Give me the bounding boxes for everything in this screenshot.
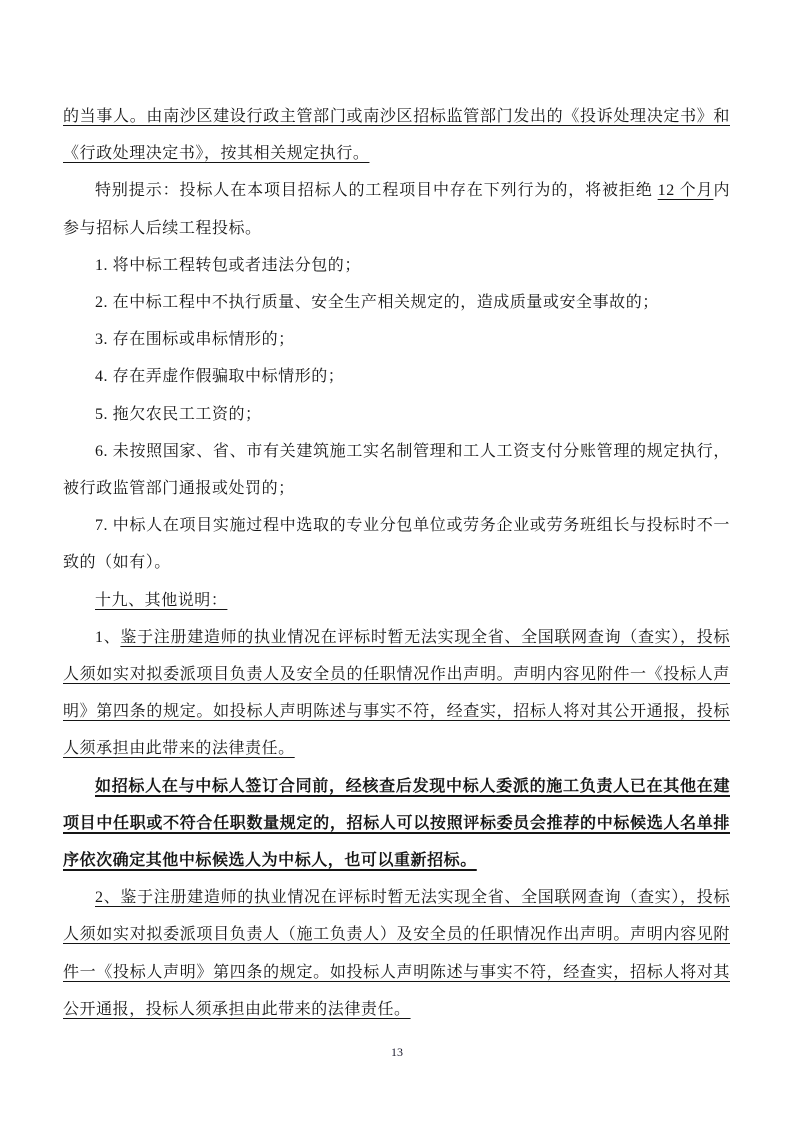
text-run: 2. 在中标工程中不执行质量、安全生产相关规定的，造成质量或安全事故的；	[95, 294, 659, 311]
paragraph-note-1: 1、鉴于注册建造师的执业情况在评标时暂无法实现全省、全国联网查询（查实），投标人…	[63, 619, 730, 768]
list-item-6: 6. 未按照国家、省、市有关建筑施工实名制管理和工人工资支付分账管理的规定执行，…	[63, 433, 730, 507]
text-run: 1. 将中标工程转包或者违法分包的；	[95, 257, 361, 274]
text-run: 特别提示：投标人在本项目招标人的工程项目中存在下列行为的，将被拒绝	[95, 182, 658, 199]
list-item-2: 2. 在中标工程中不执行质量、安全生产相关规定的，造成质量或安全事故的；	[63, 284, 730, 321]
page-number: 13	[0, 1045, 794, 1059]
list-item-1: 1. 将中标工程转包或者违法分包的；	[63, 247, 730, 284]
underlined-text-run: 12 个月	[658, 182, 714, 199]
underlined-text-run: 如招标人在与中标人签订合同前，经核查后发现中标人委派的施工负责人已在其他在建项目…	[63, 778, 730, 869]
paragraph-note-2: 2、鉴于注册建造师的执业情况在评标时暂无法实现全省、全国联网查询（查实），投标人…	[63, 879, 730, 1028]
text-run: 7. 中标人在项目实施过程中选取的专业分包单位或劳务企业或劳务班组长与投标时不一…	[63, 517, 730, 571]
text-run: 1、	[95, 629, 120, 646]
list-item-5: 5. 拖欠农民工工资的；	[63, 396, 730, 433]
text-run: 6. 未按照国家、省、市有关建筑施工实名制管理和工人工资支付分账管理的规定执行，…	[63, 443, 730, 497]
paragraph-intro-continuation: 的当事人。由南沙区建设行政主管部门或南沙区招标监管部门发出的《投诉处理决定书》和…	[63, 98, 730, 172]
underlined-text-run: 十九、其他说明：	[95, 592, 227, 609]
text-run: 4. 存在弄虚作假骗取中标情形的；	[95, 368, 344, 385]
underlined-text-run: 的当事人。由南沙区建设行政主管部门或南沙区招标监管部门发出的《投诉处理决定书》和…	[63, 108, 730, 162]
paragraph-special-notice: 特别提示：投标人在本项目招标人的工程项目中存在下列行为的，将被拒绝 12 个月内…	[63, 172, 730, 246]
text-run: 3. 存在围标或串标情形的；	[95, 331, 295, 348]
list-item-3: 3. 存在围标或串标情形的；	[63, 321, 730, 358]
underlined-text-run: 鉴于注册建造师的执业情况在评标时暂无法实现全省、全国联网查询（查实），投标人须如…	[63, 629, 730, 758]
underlined-text-run: 2、鉴于注册建造师的执业情况在评标时暂无法实现全省、全国联网查询（查实），投标人…	[63, 889, 730, 1018]
section-heading-19: 十九、其他说明：	[63, 582, 730, 619]
document-page: 的当事人。由南沙区建设行政主管部门或南沙区招标监管部门发出的《投诉处理决定书》和…	[0, 0, 794, 1123]
paragraph-retender-clause: 如招标人在与中标人签订合同前，经核查后发现中标人委派的施工负责人已在其他在建项目…	[63, 768, 730, 880]
list-item-7: 7. 中标人在项目实施过程中选取的专业分包单位或劳务企业或劳务班组长与投标时不一…	[63, 507, 730, 581]
list-item-4: 4. 存在弄虚作假骗取中标情形的；	[63, 358, 730, 395]
text-run: 5. 拖欠农民工工资的；	[95, 406, 262, 423]
